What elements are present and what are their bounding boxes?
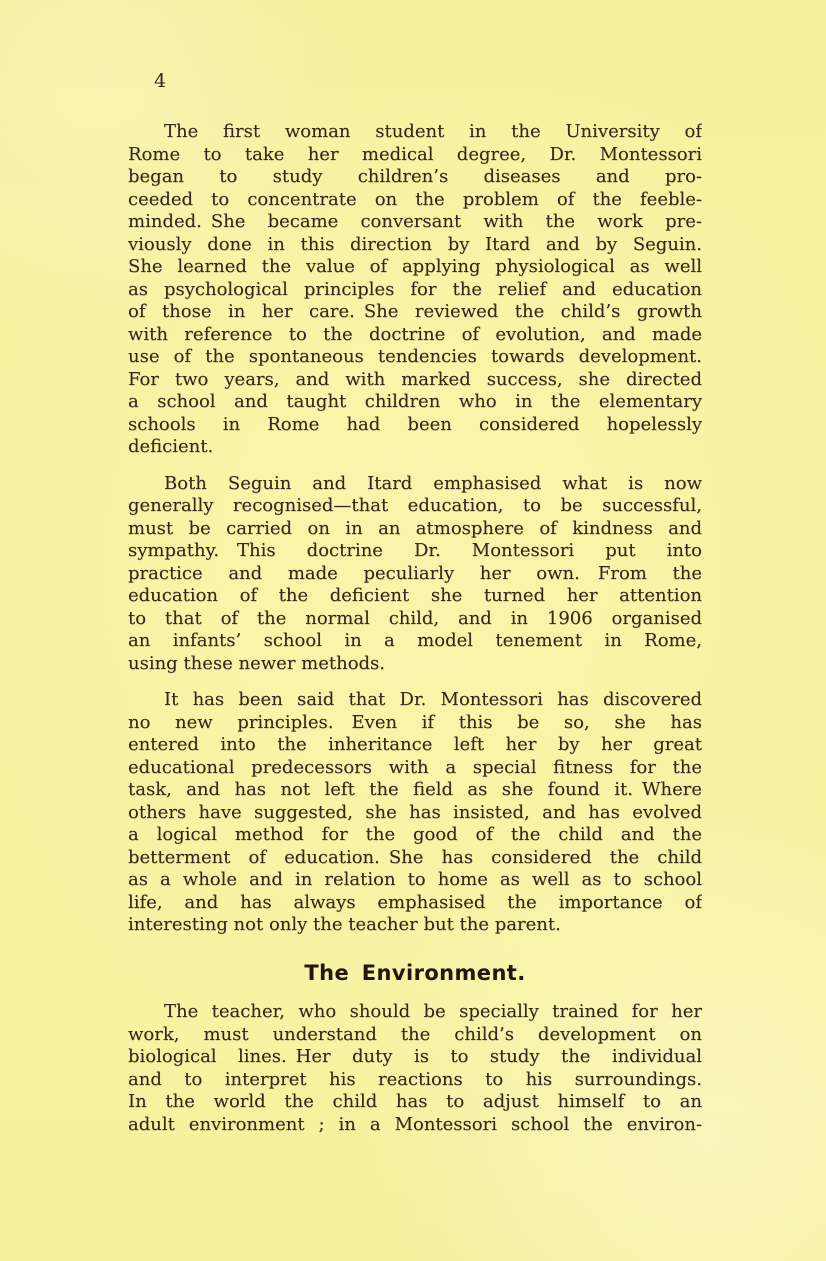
text-line: Rome to take her medical degree, Dr. Mon… bbox=[128, 144, 702, 167]
text-line: began to study children’s diseases and p… bbox=[128, 166, 702, 189]
text-line: of those in her care. She reviewed the c… bbox=[128, 301, 702, 324]
text-line: In the world the child has to adjust him… bbox=[128, 1091, 702, 1114]
text-line: a school and taught children who in the … bbox=[128, 391, 702, 414]
text-line: betterment of education. She has conside… bbox=[128, 847, 702, 870]
text-line: an infants’ school in a model tenement i… bbox=[128, 630, 702, 653]
page-number: 4 bbox=[154, 70, 166, 92]
text-line: task, and has not left the field as she … bbox=[128, 779, 702, 802]
text-line: The teacher, who should be specially tra… bbox=[128, 1001, 702, 1024]
text-line: and to interpret his reactions to his su… bbox=[128, 1069, 702, 1092]
text-line: with reference to the doctrine of evolut… bbox=[128, 324, 702, 347]
book-page: 4 The first woman student in the Univers… bbox=[0, 0, 826, 1261]
text-line: schools in Rome had been considered hope… bbox=[128, 414, 702, 437]
text-line: as psychological principles for the reli… bbox=[128, 279, 702, 302]
text-line: educational predecessors with a special … bbox=[128, 757, 702, 780]
text-line: education of the deficient she turned he… bbox=[128, 585, 702, 608]
paragraph-3: It has been said that Dr. Montessori has… bbox=[128, 689, 702, 937]
text-line: a logical method for the good of the chi… bbox=[128, 824, 702, 847]
text-line: use of the spontaneous tendencies toward… bbox=[128, 346, 702, 369]
text-block: The first woman student in the Universit… bbox=[128, 121, 702, 1136]
text-line: minded. She became conversant with the w… bbox=[128, 211, 702, 234]
paragraph-1: The first woman student in the Universit… bbox=[128, 121, 702, 459]
text-line: She learned the value of applying physio… bbox=[128, 256, 702, 279]
text-line: For two years, and with marked success, … bbox=[128, 369, 702, 392]
text-line: sympathy. This doctrine Dr. Montessori p… bbox=[128, 540, 702, 563]
text-line: The first woman student in the Universit… bbox=[128, 121, 702, 144]
text-line: biological lines. Her duty is to study t… bbox=[128, 1046, 702, 1069]
text-line: ceeded to concentrate on the problem of … bbox=[128, 189, 702, 212]
text-line: adult environment ; in a Montessori scho… bbox=[128, 1114, 702, 1137]
text-line: as a whole and in relation to home as we… bbox=[128, 869, 702, 892]
text-line: Both Seguin and Itard emphasised what is… bbox=[128, 473, 702, 496]
text-line: generally recognised—that education, to … bbox=[128, 495, 702, 518]
text-line: deficient. bbox=[128, 436, 702, 459]
paragraph-4: The teacher, who should be specially tra… bbox=[128, 1001, 702, 1136]
text-line: practice and made peculiarly her own. Fr… bbox=[128, 563, 702, 586]
text-line: must be carried on in an atmosphere of k… bbox=[128, 518, 702, 541]
text-line: work, must understand the child’s develo… bbox=[128, 1024, 702, 1047]
text-line: life, and has always emphasised the impo… bbox=[128, 892, 702, 915]
text-line: entered into the inheritance left her by… bbox=[128, 734, 702, 757]
paragraph-2: Both Seguin and Itard emphasised what is… bbox=[128, 473, 702, 676]
text-line: others have suggested, she has insisted,… bbox=[128, 802, 702, 825]
text-line: interesting not only the teacher but the… bbox=[128, 914, 702, 937]
text-line: using these newer methods. bbox=[128, 653, 702, 676]
text-line: to that of the normal child, and in 1906… bbox=[128, 608, 702, 631]
text-line: no new principles. Even if this be so, s… bbox=[128, 712, 702, 735]
section-heading: The Environment. bbox=[128, 962, 702, 985]
text-line: It has been said that Dr. Montessori has… bbox=[128, 689, 702, 712]
text-line: viously done in this direction by Itard … bbox=[128, 234, 702, 257]
